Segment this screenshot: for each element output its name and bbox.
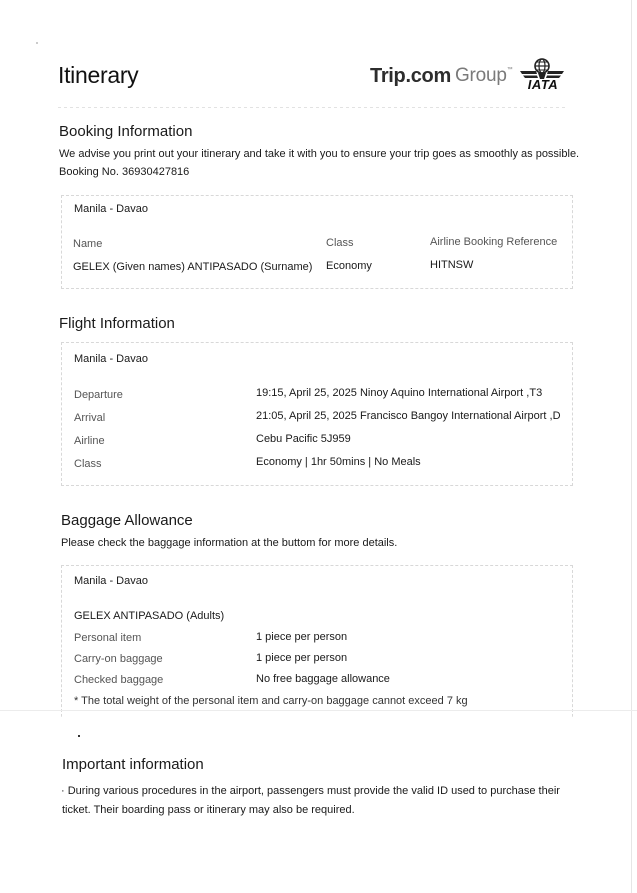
booking-card: Manila - Davao Name Class Airline Bookin…	[61, 195, 573, 289]
page-title: Itinerary	[58, 62, 138, 89]
carry-on-value: 1 piece per person	[256, 652, 347, 664]
checked-baggage-label: Checked baggage	[74, 674, 163, 686]
brand-light: Group	[455, 65, 507, 87]
col-name-header: Name	[73, 238, 102, 250]
scan-speck	[36, 42, 38, 44]
booking-number-value: 36930427816	[122, 166, 189, 178]
booking-reference: HITNSW	[430, 259, 473, 271]
booking-route: Manila - Davao	[74, 203, 148, 215]
passenger-name: GELEX (Given names) ANTIPASADO (Surname)	[73, 261, 312, 273]
important-line-1: · During various procedures in the airpo…	[61, 785, 560, 797]
booking-number-label: Booking No.	[59, 166, 119, 178]
departure-label: Departure	[74, 389, 123, 401]
col-class-header: Class	[326, 237, 354, 249]
important-heading: Important information	[62, 756, 204, 773]
airline-label: Airline	[74, 435, 105, 447]
flight-card: Manila - Davao Departure 19:15, April 25…	[61, 342, 573, 486]
baggage-passenger: GELEX ANTIPASADO (Adults)	[74, 610, 224, 622]
booking-advice: We advise you print out your itinerary a…	[59, 148, 579, 160]
airline-value: Cebu Pacific 5J959	[256, 433, 351, 445]
baggage-heading: Baggage Allowance	[61, 512, 193, 529]
arrival-value: 21:05, April 25, 2025 Francisco Bangoy I…	[256, 410, 561, 422]
carry-on-label: Carry-on baggage	[74, 653, 163, 665]
header-divider	[58, 107, 568, 108]
checked-baggage-value: No free baggage allowance	[256, 673, 390, 685]
class-label: Class	[74, 458, 102, 470]
trademark: ™	[507, 67, 513, 73]
baggage-footnote: * The total weight of the personal item …	[74, 695, 468, 707]
personal-item-value: 1 piece per person	[256, 631, 347, 643]
booking-number: Booking No. 36930427816	[59, 166, 189, 178]
iata-logo: IATA	[518, 57, 566, 93]
stray-bullet	[78, 735, 80, 737]
trip-com-group-logo: Trip.com Group ™	[370, 58, 513, 94]
arrival-label: Arrival	[74, 412, 105, 424]
important-line-2: ticket. Their boarding pass or itinerary…	[62, 804, 355, 816]
col-reference-header: Airline Booking Reference	[430, 236, 557, 248]
departure-value: 19:15, April 25, 2025 Ninoy Aquino Inter…	[256, 387, 542, 399]
scan-artifact	[0, 710, 637, 711]
baggage-card: Manila - Davao GELEX ANTIPASADO (Adults)…	[61, 565, 573, 717]
brand-bold: Trip.com	[370, 65, 451, 88]
iata-text: IATA	[522, 77, 564, 92]
baggage-note: Please check the baggage information at …	[61, 537, 397, 549]
flight-route: Manila - Davao	[74, 353, 148, 365]
flight-heading: Flight Information	[59, 315, 175, 332]
baggage-route: Manila - Davao	[74, 575, 148, 587]
booking-heading: Booking Information	[59, 123, 192, 140]
passenger-class: Economy	[326, 260, 372, 272]
personal-item-label: Personal item	[74, 632, 141, 644]
class-value: Economy | 1hr 50mins | No Meals	[256, 456, 421, 468]
page-edge	[631, 0, 632, 893]
